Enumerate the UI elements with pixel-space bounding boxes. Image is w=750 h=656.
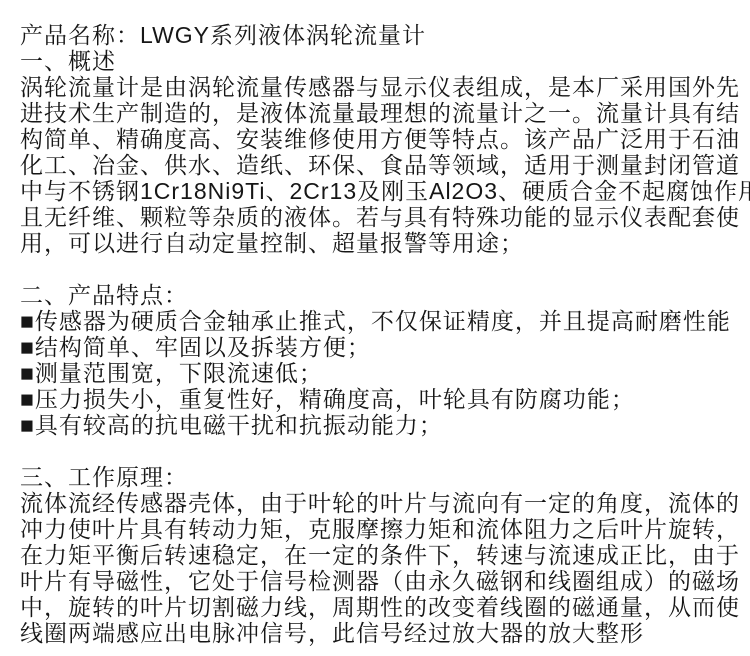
blank-line: [20, 438, 746, 464]
feature-item: ■压力损失小，重复性好，精确度高，叶轮具有防腐功能；: [20, 386, 746, 412]
feature-item-text: 结构简单、牢固以及拆装方便；: [35, 334, 371, 360]
principle-text-line: 在力矩平衡后转速稳定，在一定的条件下，转速与流速成正比，由于: [20, 542, 746, 568]
square-bullet-icon: ■: [20, 308, 35, 334]
feature-item: ■具有较高的抗电磁干扰和抗振动能力；: [20, 412, 746, 438]
square-bullet-icon: ■: [20, 360, 35, 386]
principle-text-line: 流体流经传感器壳体，由于叶轮的叶片与流向有一定的角度，流体的: [20, 490, 746, 516]
section-overview-heading: 一、概述: [20, 48, 746, 74]
product-document: 产品名称：LWGY系列液体涡轮流量计 一、概述 涡轮流量计是由涡轮流量传感器与显…: [0, 0, 750, 656]
square-bullet-icon: ■: [20, 334, 35, 360]
overview-text-line: 化工、冶金、供水、造纸、环保、食品等领域，适用于测量封闭管道: [20, 152, 746, 178]
feature-item-text: 测量范围宽，下限流速低；: [35, 360, 323, 386]
feature-item-text: 传感器为硬质合金轴承止推式，不仅保证精度，并且提高耐磨性能: [35, 308, 731, 334]
overview-text-line: 进技术生产制造的，是液体流量最理想的流量计之一。流量计具有结: [20, 100, 746, 126]
feature-item-text: 压力损失小，重复性好，精确度高，叶轮具有防腐功能；: [35, 386, 635, 412]
principle-text-line: 中，旋转的叶片切割磁力线，周期性的改变着线圈的磁通量，从而使: [20, 594, 746, 620]
square-bullet-icon: ■: [20, 386, 35, 412]
feature-item: ■传感器为硬质合金轴承止推式，不仅保证精度，并且提高耐磨性能: [20, 308, 746, 334]
feature-item: ■测量范围宽，下限流速低；: [20, 360, 746, 386]
overview-text-line: 涡轮流量计是由涡轮流量传感器与显示仪表组成，是本厂采用国外先: [20, 74, 746, 100]
section-principle-heading: 三、工作原理：: [20, 464, 746, 490]
overview-text-line: 用，可以进行自动定量控制、超量报警等用途；: [20, 230, 746, 256]
overview-text-line: 且无纤维、颗粒等杂质的液体。若与具有特殊功能的显示仪表配套使: [20, 204, 746, 230]
principle-text-line: 线圈两端感应出电脉冲信号，此信号经过放大器的放大整形: [20, 620, 746, 646]
principle-text-line: 冲力使叶片具有转动力矩，克服摩擦力矩和流体阻力之后叶片旋转，: [20, 516, 746, 542]
section-features-heading: 二、产品特点：: [20, 282, 746, 308]
feature-item-text: 具有较高的抗电磁干扰和抗振动能力；: [35, 412, 443, 438]
blank-line: [20, 256, 746, 282]
principle-text-line: 叶片有导磁性，它处于信号检测器（由永久磁钢和线圈组成）的磁场: [20, 568, 746, 594]
product-title: 产品名称：LWGY系列液体涡轮流量计: [20, 22, 746, 48]
overview-text-line: 构简单、精确度高、安装维修使用方便等特点。该产品广泛用于石油: [20, 126, 746, 152]
overview-text-line: 中与不锈钢1Cr18Ni9Ti、2Cr13及刚玉Al2O3、硬质合金不起腐蚀作用: [20, 178, 746, 204]
square-bullet-icon: ■: [20, 412, 35, 438]
feature-item: ■结构简单、牢固以及拆装方便；: [20, 334, 746, 360]
